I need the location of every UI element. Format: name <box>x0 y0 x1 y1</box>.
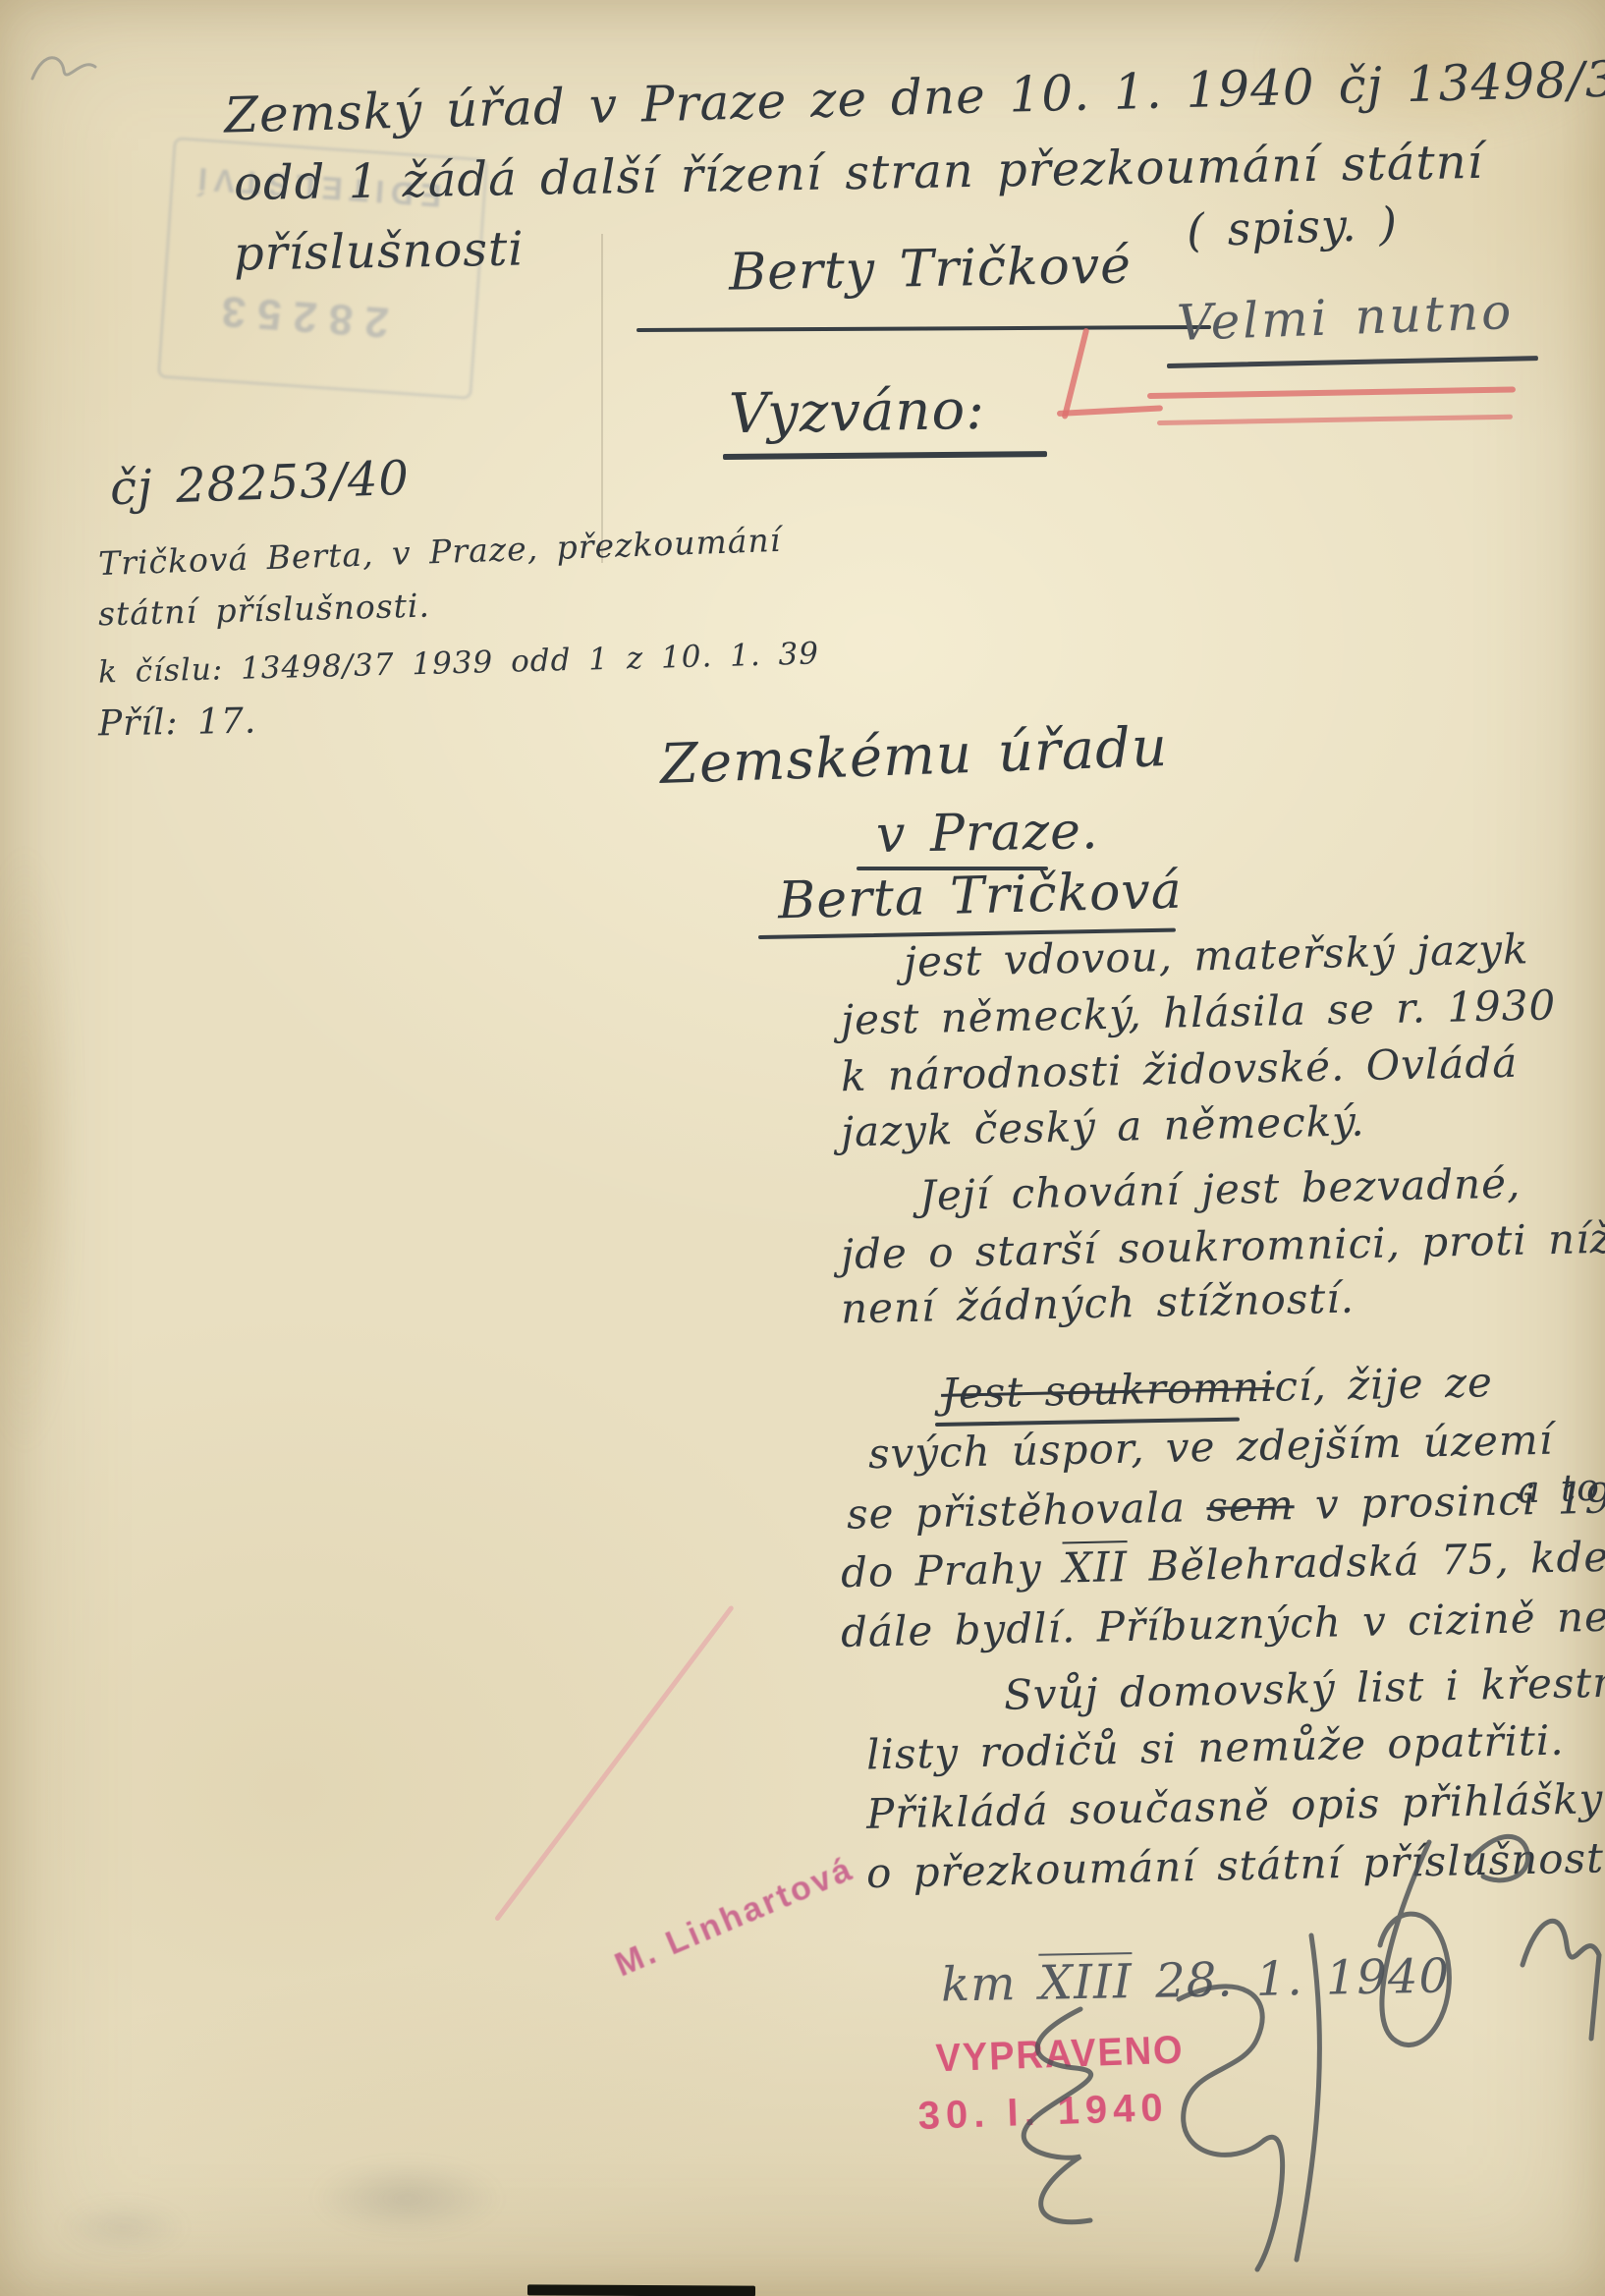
registry-stamp-number: 28253 <box>208 288 390 344</box>
signature-flourishes <box>933 1808 1605 2296</box>
body-p3-roman-numeral: XII <box>1063 1542 1129 1592</box>
signature-1-flourish <box>1468 1836 1528 1880</box>
body-p1-line-1: jest vdovou, mateřský jazyk <box>904 928 1529 982</box>
body-p3-line-1-rest: cí, žije ze <box>1274 1358 1493 1411</box>
body-p2-line-2: jde o starší soukromnici, proti níž <box>841 1218 1605 1275</box>
clerk-name-stamp: M. Linhartová <box>610 1852 858 1983</box>
body-p3-line-4: do Prahy XII Bělehradská 75, kde <box>841 1537 1605 1594</box>
body-p3-line-2: svých úspor, ve zdejším území <box>868 1420 1554 1476</box>
reference-line-3: státní příslušnosti. <box>98 589 431 631</box>
address-office: Zemskému úřadu <box>659 720 1169 793</box>
body-p3-line-4a: do Prahy <box>841 1543 1064 1596</box>
signature-1 <box>1380 1842 1449 2045</box>
red-check-mark-horizontal <box>1057 405 1163 417</box>
header-line-2: odd 1 žádá další řízení stran přezkoumán… <box>234 139 1484 207</box>
corner-pencil-mark <box>25 37 123 96</box>
header-line-3: příslušnosti <box>234 225 525 277</box>
body-p3-line-5: dále bydlí. Příbuzných v cizině nemá. <box>841 1595 1605 1653</box>
reference-line-4: k číslu: 13498/37 1939 odd 1 z 10. 1. 39 <box>98 639 820 688</box>
smudge-bottom-left-2 <box>59 2201 187 2255</box>
reference-cj: čj 28253/40 <box>109 455 410 513</box>
body-p2-line-1: Její chování jest bezvadné, <box>919 1163 1522 1217</box>
body-p1-line-4: jazyk český a německý. <box>841 1100 1365 1152</box>
fold-crease <box>601 234 603 563</box>
urgency-note: Velmi nutno <box>1176 287 1515 348</box>
signature-3-descender <box>1297 1935 1319 2260</box>
reference-line-5: Příl: 17. <box>98 704 257 743</box>
body-p4-line-2: listy rodičů si nemůže opatřiti. <box>866 1720 1565 1776</box>
red-check-mark-vertical <box>1062 327 1090 420</box>
body-p3-line-4b: Bělehradská 75, kde <box>1128 1533 1605 1591</box>
body-p3-line-3a: se přistěhovala <box>847 1483 1207 1539</box>
body-p3-line-3-appendix: a to <box>1517 1469 1600 1509</box>
body-p3-struck-word-2: sem <box>1206 1481 1295 1531</box>
address-sender-name: Berta Tričková <box>777 866 1183 927</box>
subject-heading: Vyzváno: <box>729 383 986 443</box>
body-p1-line-3: k národnosti židovské. Ovládá <box>841 1042 1519 1097</box>
stain-left-middle <box>0 845 79 1454</box>
red-underline-urgency-1 <box>1147 386 1516 399</box>
scan-edge-mark <box>527 2284 755 2296</box>
pink-diagonal-line <box>494 1605 735 1922</box>
reference-line-2: Tričková Berta, v Praze, přezkoumání <box>98 524 782 580</box>
ink-underline-heading <box>723 451 1047 460</box>
signature-3-initial <box>1024 2009 1090 2222</box>
subject-addressee-note: ( spisy. ) <box>1186 200 1398 252</box>
smudge-bottom-left <box>314 2161 501 2235</box>
body-p3-line-3: se přistěhovala sem v prosinci 1938 <box>847 1477 1605 1535</box>
red-underline-urgency-2 <box>1157 415 1513 425</box>
ink-underline-addressee <box>636 325 1211 332</box>
subject-addressee: Berty Tričkové <box>729 240 1133 298</box>
body-p4-line-1: Svůj domovský list i křestní <box>1004 1661 1605 1715</box>
body-p3-line-1: Jest soukromnicí, žije ze <box>941 1362 1494 1415</box>
signature-3-loops <box>1179 1987 1283 2269</box>
body-p3-struck-word-1: Jest soukromni <box>941 1363 1275 1418</box>
address-city: v Praze. <box>876 806 1099 861</box>
document-page: EDITELSTVÍ 28253 Zemský úřad v Praze ze … <box>0 0 1605 2296</box>
body-p1-line-2: jest německý, hlásila se r. 1930 <box>841 984 1557 1040</box>
pencil-underline-urgency <box>1167 356 1538 368</box>
body-p2-line-3: není žádných stížností. <box>841 1278 1356 1330</box>
signature-2 <box>1522 1921 1599 2039</box>
